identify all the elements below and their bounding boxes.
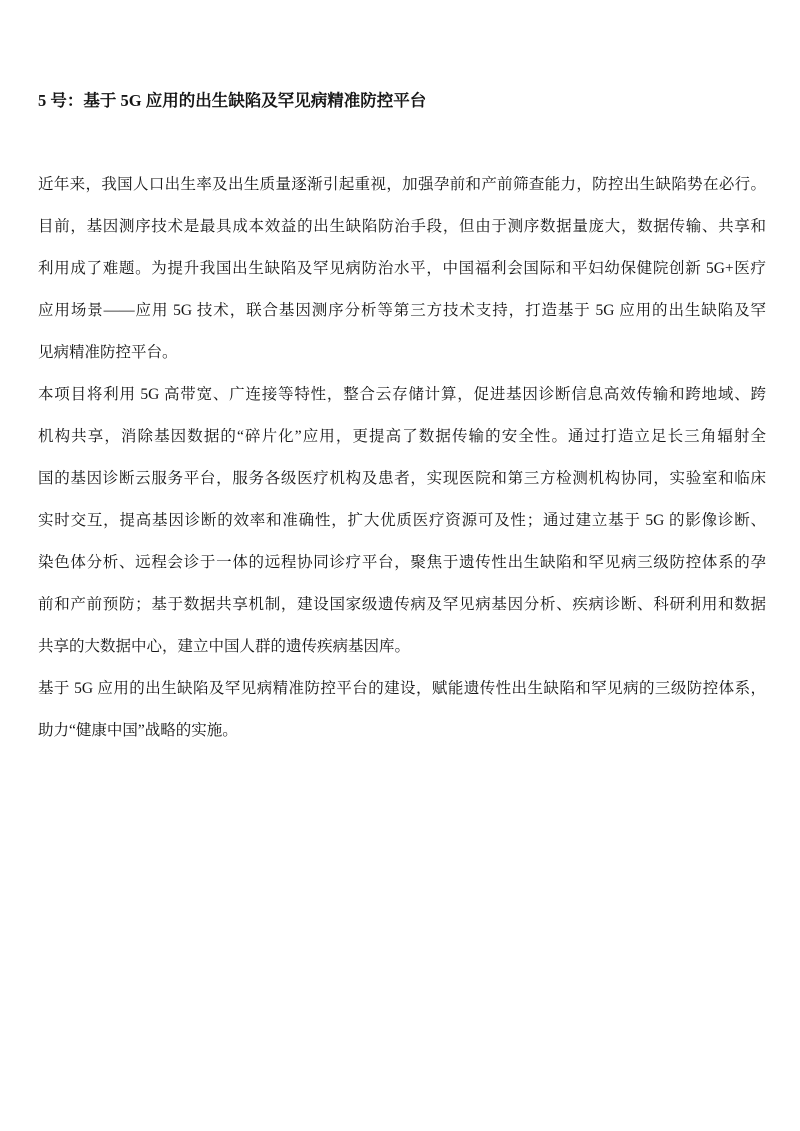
paragraph: 本项目将利用 5G 高带宽、广连接等特性，整合云存储计算，促进基因诊断信息高效传… — [38, 374, 766, 668]
text-line: 利用成了难题。为提升我国出生缺陷及罕见病防治水平，中国福利会国际和平妇幼保健院创… — [38, 248, 766, 290]
text-line: 目前，基因测序技术是最具成本效益的出生缺陷防治手段，但由于测序数据量庞大，数据传… — [38, 206, 766, 248]
blank-line — [38, 122, 766, 164]
document-title: 5 号：基于 5G 应用的出生缺陷及罕见病精准防控平台 — [38, 80, 766, 122]
paragraph: 近年来，我国人口出生率及出生质量逐渐引起重视，加强孕前和产前筛查能力，防控出生缺… — [38, 164, 766, 374]
text-line: 见病精准防控平台。 — [38, 332, 766, 374]
text-line: 机构共享，消除基因数据的“碎片化”应用，更提高了数据传输的安全性。通过打造立足长… — [38, 416, 766, 458]
text-line: 本项目将利用 5G 高带宽、广连接等特性，整合云存储计算，促进基因诊断信息高效传… — [38, 374, 766, 416]
text-line: 基于 5G 应用的出生缺陷及罕见病精准防控平台的建设，赋能遗传性出生缺陷和罕见病… — [38, 668, 766, 710]
document-page: 5 号：基于 5G 应用的出生缺陷及罕见病精准防控平台 近年来，我国人口出生率及… — [0, 0, 800, 1131]
text-line: 国的基因诊断云服务平台，服务各级医疗机构及患者，实现医院和第三方检测机构协同，实… — [38, 458, 766, 500]
text-line: 助力“健康中国”战略的实施。 — [38, 710, 766, 752]
paragraph: 基于 5G 应用的出生缺陷及罕见病精准防控平台的建设，赋能遗传性出生缺陷和罕见病… — [38, 668, 766, 752]
text-line: 实时交互，提高基因诊断的效率和准确性，扩大优质医疗资源可及性；通过建立基于 5G… — [38, 500, 766, 542]
text-line: 应用场景——应用 5G 技术，联合基因测序分析等第三方技术支持，打造基于 5G … — [38, 290, 766, 332]
text-line: 染色体分析、远程会诊于一体的远程协同诊疗平台，聚焦于遗传性出生缺陷和罕见病三级防… — [38, 542, 766, 584]
text-line: 近年来，我国人口出生率及出生质量逐渐引起重视，加强孕前和产前筛查能力，防控出生缺… — [38, 164, 766, 206]
document-content: 5 号：基于 5G 应用的出生缺陷及罕见病精准防控平台 近年来，我国人口出生率及… — [38, 80, 766, 752]
document-body: 近年来，我国人口出生率及出生质量逐渐引起重视，加强孕前和产前筛查能力，防控出生缺… — [38, 164, 766, 752]
text-line: 前和产前预防；基于数据共享机制，建设国家级遗传病及罕见病基因分析、疾病诊断、科研… — [38, 584, 766, 626]
text-line: 共享的大数据中心，建立中国人群的遗传疾病基因库。 — [38, 626, 766, 668]
